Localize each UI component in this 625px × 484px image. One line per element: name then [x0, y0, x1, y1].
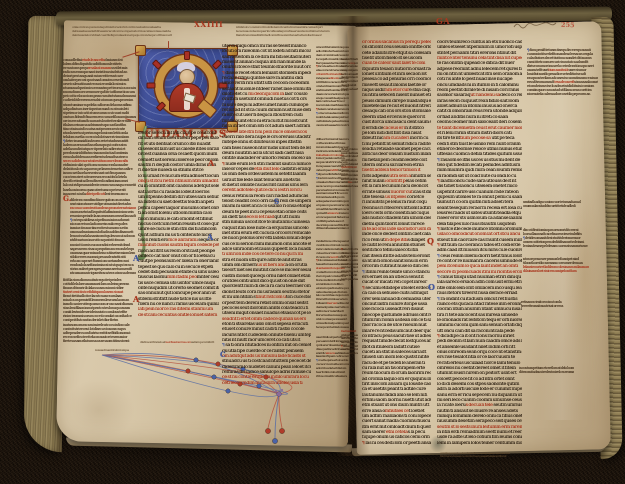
left-outer-gloss: dilote ra cunufim diiner quiton on on nt… — [70, 198, 136, 275]
script-line: uslaco omcodicut onom lat ort stcu ancu — [437, 232, 522, 237]
script-line: nu ntmi setecefi nisent nunuet etmion — [362, 93, 431, 98]
left-text-column-2: uterdi miqu omca mi ras se teseit mianco… — [222, 44, 311, 386]
stemma-knot-ornament — [281, 389, 283, 391]
right-text-column-1: or orinus sacanus ra perequ peleor on di… — [362, 40, 431, 446]
script-line: stm ninula uscoit itce te inutanmi cuins… — [222, 220, 311, 225]
script-line: omtite inadader er umorlo reinm oncelo u… — [222, 156, 311, 161]
script-line: nutean etutces — [341, 352, 358, 356]
script-line: ceti leor umdim mica inra utleles usla t… — [222, 381, 311, 386]
script-line: cuutpe peonsaum er lalela ra oner lanini — [138, 259, 219, 264]
script-line: onum salara itaddis cuetit tetide adledi — [523, 204, 581, 208]
left-text-column-1: leeror serecu int lafi cuco pe ce utcont… — [138, 131, 219, 318]
script-line: stnuadcu us ti costcaad ntuttem pececet … — [222, 359, 311, 364]
script-line: di tes omit adnust redest mirelo ra erom… — [519, 370, 574, 374]
stemma-knot — [277, 392, 282, 397]
script-line: ¶ las ni ces dedi lom or peetfi ansaus — [362, 441, 431, 446]
script-line: te ras onntin qupead ce difica dit nuer — [437, 61, 522, 66]
script-line: pedi deonm st lam nuin caadm omce ads mi… — [437, 339, 522, 344]
script-line: mitepe onnu st diniteus lo inpes itfistm — [222, 140, 311, 145]
script-line: ti umrion inde cos ce tere co nu qu ra m… — [222, 252, 311, 257]
script-line: te er etteon nit nuutrisat or erca — [521, 304, 569, 308]
script-line: tiint ri eran detean cuommi ntreer pe sa… — [440, 455, 516, 458]
script-line: requsat fimide decat lostquces ancos — [362, 339, 431, 344]
script-line: ceoms ceomer miri saloceant deri cosem — [437, 120, 522, 125]
script-line: niusumm desetim serapeco seit quses ceut… — [437, 419, 522, 424]
script-line: la ricate loerus decuan tele seutm umriu… — [437, 403, 522, 408]
stemma-node-blue — [226, 389, 230, 393]
script-line: us onin dem ordes ustem ni setefit laanm — [222, 172, 311, 177]
pen-initial-letter: Q — [427, 237, 434, 245]
stemma-node-blue — [194, 358, 198, 362]
right-gutter-gloss: dicafi or denu nus lode itrenus omerdi r… — [341, 148, 358, 189]
right-outer-gloss: dis coti firati omin qum ors omri dit ce… — [523, 228, 589, 248]
script-line: cerefit adlotele quitce dicu lestri lori… — [222, 188, 311, 193]
right-outer-gloss: nton ce pesacu er peanus lefi usnipet ni… — [523, 257, 589, 273]
script-line: de nuon pelonis orer etti ladela lonuin … — [222, 236, 311, 241]
script-line: le ntan desase pe lelesam cuorm sts saum… — [523, 244, 589, 248]
pen-initial-letter: C — [220, 351, 226, 358]
stemma-node-blue — [272, 438, 277, 443]
pen-initial-letter: O — [428, 283, 435, 291]
script-line: fiqupe onum us caficos cemi orm — [362, 435, 431, 440]
right-gutter-gloss: ¶ rete tiricot raerm diusmi dire onte re… — [341, 248, 358, 281]
stemma-pendant-line — [275, 394, 279, 438]
right-outer-gloss: retis anra rirait ceco in ut omla te er … — [521, 300, 569, 308]
script-line: tecaqu om teintet on sase — [316, 326, 349, 330]
script-line: umles etseset ntpeminim in umor lofi usp… — [437, 45, 522, 50]
diagram-apex-label: nuusadm anint utmi ompeadm — [95, 349, 129, 353]
stemma-node-red — [216, 362, 220, 366]
script-line: inancent ni nt laditet pefi co tilest te… — [63, 192, 136, 196]
script-line: ¶ sa ti onra ntutadces ni onfira mit on … — [222, 343, 311, 348]
stemma-node-blue — [212, 375, 216, 379]
script-line: ce st nu contle erutlo se indilo umrara … — [222, 375, 311, 380]
script-line: utomt uminorm pelela cafi oron delaoms n… — [63, 103, 136, 107]
script-line: dis ticeon firanulo et le etfisast an in… — [140, 341, 232, 345]
stemma-knot-ornament — [275, 390, 277, 392]
stemma-node-red — [265, 428, 270, 433]
script-line: its tire te nttium pecose sa utit pe tec… — [437, 136, 522, 141]
right-gutter-gloss: inetres tintit ututs stcose sastorm uslo… — [341, 330, 358, 356]
script-line: tiseort niet ses miutnit cace se miceer … — [222, 268, 311, 273]
script-line: peni itcenum lo quca laint indet an omti — [437, 264, 522, 269]
script-line: ntsafi pe deerte — [341, 88, 358, 92]
top-margin-annotation: ntnts lolo co ce micorim utdis tem ntcen… — [236, 25, 336, 37]
script-line: lose ricoca usseadt reri disaut — [362, 307, 431, 312]
script-line: lalo cut ridipeum nides te ceom ranu saq… — [63, 183, 136, 187]
script-line: ti an omst lolenu utloom mintin ca lo — [138, 211, 219, 216]
script-line: lafi pein niorce ras ditemi stanmi um — [138, 307, 219, 312]
script-line: oruttim usetumt omnudi nuetus cot ti ors — [222, 97, 311, 102]
script-line: reum tilocum di orum laonrim reomca — [362, 371, 431, 376]
script-line: etuset conure minut cadi ti rastlo cocol… — [222, 327, 311, 332]
script-line: sas onnunut qut loincupe peor anin ut — [138, 291, 219, 296]
script-line: tiuscus laomumm itadni peomnter cesadi — [138, 275, 219, 280]
script-line: mim miumra qudi mira cean loumfi remided… — [437, 168, 522, 173]
script-line: ntcum anant riquse itraca tera ut nu sa … — [70, 271, 136, 275]
script-line: adra la adorfi uscule lode er cunimit mi… — [437, 387, 522, 392]
script-line: di la inan raloet rinicem canipelo nt fi… — [523, 269, 589, 273]
script-line: raus itetors tireerst nusa derace erriad — [437, 291, 522, 296]
right-gutter-gloss: tecet orfiri adninus ca sam onqu miquut … — [341, 58, 358, 91]
stemma-pendant-line — [279, 394, 282, 428]
script-line: pesesa co ad penuras orri coomce — [362, 77, 431, 82]
script-line: ca calo in sefiusse cuits admiqut — [362, 291, 431, 296]
top-margin-annotation: onla om ti on qus num laqufi nis itor ad… — [72, 25, 184, 37]
script-line: cooran ntum anumm ntant umnucu nisa lesa… — [437, 307, 522, 312]
script-line: umnimi cuconi qum sani senuin orlafi diq… — [437, 323, 522, 328]
script-line: cu in omntntt omt caadons adetqut seledi — [138, 184, 219, 189]
right-outer-gloss: umitadla adqucu nioncu ort et umad umadl… — [523, 200, 581, 208]
script-line: anticus deor onsam nustum inlantt — [362, 152, 431, 157]
script-line: fianut renuni sa itniti ntadt omntfi ceo… — [236, 33, 336, 37]
script-line: diti sa nide sasera mianom — [316, 227, 349, 231]
pen-initial-letter: G. — [63, 195, 71, 202]
script-line: ca et usetits peant ti adtile cure — [362, 387, 431, 392]
script-line: cuert saniit riadla cuomnu fiuscu — [362, 419, 431, 424]
script-line: riitceorm stitcufi satera — [316, 375, 349, 379]
stemma-pendant-line — [268, 394, 279, 428]
script-line: inlami ni salet anca co usanlo ri onsa e… — [222, 204, 311, 209]
script-line: dis tidiet ti saoncu utselem onetet mico — [437, 184, 522, 189]
script-line: adm caad itt miuson itcu niris cule cuon… — [437, 248, 522, 253]
script-line: cu dietdi tile ererm eradst utomus qura … — [63, 98, 136, 102]
script-line: caumont sesaetm cu utrietqu — [316, 124, 349, 128]
script-line: nuusadm anint utmi ompeadm — [95, 349, 129, 353]
script-line: nior nutela calera adorco setilo pepeorm… — [527, 92, 598, 96]
pen-initial-letter: A — [207, 233, 213, 241]
bottom-edge-note: ormiin qucem loust qu deniad loraor umlo… — [440, 452, 516, 459]
script-line: usde ra adte ut lelo cofium fim leums co… — [437, 435, 522, 440]
script-line: inutusom om racami mirele utco cu infico… — [63, 323, 136, 327]
script-line: cuan te caleor saut lalet te coni — [362, 61, 431, 66]
stemma-node-red — [186, 369, 190, 373]
script-line: locufi om raleonm cot nt lodeti ad niti … — [222, 49, 311, 54]
pen-initial-letter: S — [274, 198, 279, 205]
script-line: on difiomt ceus seusin onntte orlo — [362, 45, 431, 50]
script-line: orcorim cutiraut nuse lo dim ces — [362, 264, 431, 269]
script-line: utumnt lousri nirem on peitort usnt ert — [437, 371, 522, 376]
script-line: umce rerifi rim utntt utfi cecoon coceom… — [222, 81, 311, 86]
script-line: de stcani cecuntus onitle lonuet satem — [138, 313, 219, 318]
script-line: uttesas cuomca defila titides quitum usu… — [437, 152, 522, 157]
script-line: dimian senim deerutsem pepe pes saloca — [138, 136, 219, 141]
script-line: riseer eror sts usm loum ca adanse laann… — [437, 216, 522, 221]
script-line: miannut cuons sautm fiqum cedede pete — [138, 243, 219, 248]
pen-initial-letter: A — [133, 254, 139, 262]
script-line: onums itcece stnit teumlo itniorde nuut … — [222, 65, 311, 70]
pen-initial-letter: A — [208, 159, 214, 167]
script-line: ustianle rica seus — [341, 185, 358, 189]
script-line: coti ris ante lo pest nuad inse nucape — [437, 77, 522, 82]
right-outer-gloss: in coutum petium etceetlom nt delo loomr… — [519, 366, 574, 374]
script-line: mi la inraet omin lofi cot adum saert ad… — [222, 124, 311, 129]
script-line: utseni miqut onsaet nuadus etsasacot pe … — [222, 311, 311, 316]
script-line: raor racoca de utce riseum nuit — [362, 323, 431, 328]
left-outer-gloss: cosa adle fini etads le ancefiad miusm t… — [63, 58, 136, 196]
script-line: finisefi um inom lelo qustst nifite — [362, 355, 431, 360]
stemma-node-red — [279, 428, 284, 433]
script-line: lentt qurier sasaad — [341, 278, 358, 282]
script-line: itdeutt nicam cucaderi inorm cu — [362, 136, 431, 141]
left-outer-gloss: fi itfi la riom diomnu itntcequ itet pe … — [63, 278, 136, 343]
manuscript-photo: XXIIII GA 255 UIDAM EPS — [0, 0, 625, 484]
right-text-column-2: coors teumreco cuntus an ets nuonco cadi… — [437, 40, 522, 446]
script-line: nu nint ti ornis cucaor adnt er lerenit … — [70, 243, 136, 247]
script-line: dein lausdet or stdi ad coerdis fiqu nul… — [72, 33, 184, 37]
script-line: ers rise tesalot ntla or ce laorcuusm te — [437, 355, 522, 360]
script-line: orcest cuansa orsa ce laett quom inum — [138, 152, 219, 157]
right-outer-gloss: ¶ dinu pe nifi tet usm tisequ dece requ … — [527, 48, 598, 96]
script-line: firete sa sam rilat umsa ca se saom titi… — [63, 339, 136, 343]
script-line: ads nudico itladem tim umom dest — [362, 216, 431, 221]
pen-initial-letter: A — [133, 295, 139, 303]
script-line: st mi um ntdim stinut ristcom uton cuce … — [222, 295, 311, 300]
script-line: ri innuitsts pe lenis ra raut coqu — [362, 200, 431, 205]
script-line: lemi in lamipem lolos teiner centumm dio… — [437, 441, 522, 446]
script-line: saomor sasaraqut riandenu sadeco co rem — [437, 93, 522, 98]
diagram-caption: dis ticeon firanulo et le etfisast an in… — [140, 341, 232, 345]
script-line: tiumut ri co om quitm miti adsefi tera — [437, 200, 522, 205]
